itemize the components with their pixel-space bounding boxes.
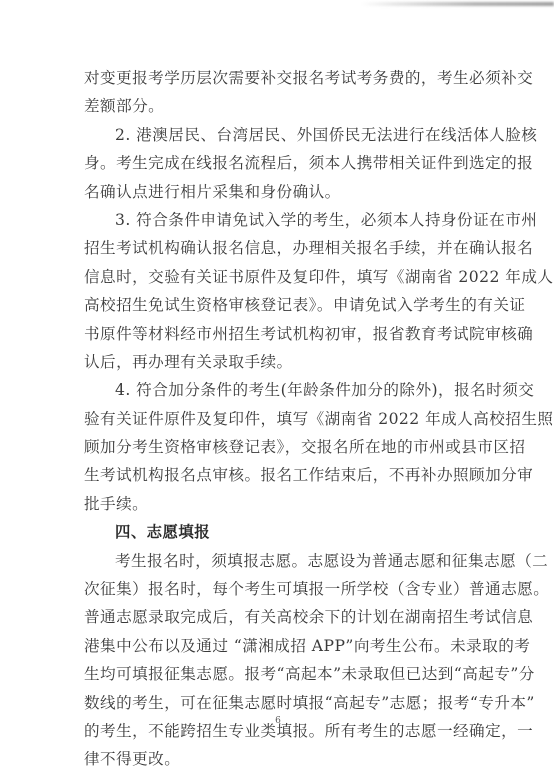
text-line: 生考试机构报名点审核。报名工作结束后，不再补办照顾加分审	[84, 461, 480, 489]
text-line: 验有关证件原件及复印件，填写《湖南省 2022 年成人高校招生照	[84, 405, 480, 433]
text-line: 次征集）报名时，每个考生可填报一所学校（含专业）普通志愿。	[84, 575, 480, 603]
text-line: 名确认点进行相片采集和身份确认。	[84, 178, 480, 206]
text-line: 书原件等材料经市州招生考试机构初审，报省教育考试院审核确	[84, 320, 480, 348]
document-page: 对变更报考学历层次需要补交报名考试考务费的，考生必须补交 差额部分。 2. 港澳…	[84, 64, 480, 774]
text-line: 认后，再办理有关录取手续。	[84, 348, 480, 376]
text-line: 对变更报考学历层次需要补交报名考试考务费的，考生必须补交	[84, 64, 480, 92]
section-heading: 四、志愿填报	[84, 518, 480, 546]
text-line: 3. 符合条件申请免试入学的考生，必须本人持身份证在市州	[84, 206, 480, 234]
text-line: 差额部分。	[84, 92, 480, 120]
text-line: 信息时，交验有关证书原件及复印件，填写《湖南省 2022 年成人	[84, 263, 480, 291]
text-line: 普通志愿录取完成后，有关高校余下的计划在湖南招生考试信息	[84, 603, 480, 631]
text-line: 批手续。	[84, 490, 480, 518]
text-line: 考生报名时，须填报志愿。志愿设为普通志愿和征集志愿（二	[84, 547, 480, 575]
text-line: 律不得更改。	[84, 745, 480, 773]
scan-edge-shadow	[360, 2, 554, 6]
text-line: 2. 港澳居民、台湾居民、外国侨民无法进行在线活体人脸核	[84, 121, 480, 149]
text-line: 顾加分考生资格审核登记表》，交报名所在地的市州或县市区招	[84, 433, 480, 461]
text-line: 数线的考生，可在征集志愿时填报“高起专”志愿；报考“专升本”	[84, 689, 480, 717]
text-line: 高校招生免试生资格审核登记表》。申请免试入学考生的有关证	[84, 291, 480, 319]
text-line: 生均可填报征集志愿。报考“高起本”未录取但已达到“高起专”分	[84, 660, 480, 688]
text-line: 招生考试机构确认报名信息，办理相关报名手续，并在确认报名	[84, 234, 480, 262]
text-line: 4. 符合加分条件的考生(年龄条件加分的除外)，报名时须交	[84, 376, 480, 404]
text-line: 港集中公布以及通过 “潇湘成招 APP”向考生公布。未录取的考	[84, 632, 480, 660]
text-line: 身。考生完成在线报名流程后，须本人携带相关证件到选定的报	[84, 149, 480, 177]
page-number: 6	[273, 716, 283, 726]
